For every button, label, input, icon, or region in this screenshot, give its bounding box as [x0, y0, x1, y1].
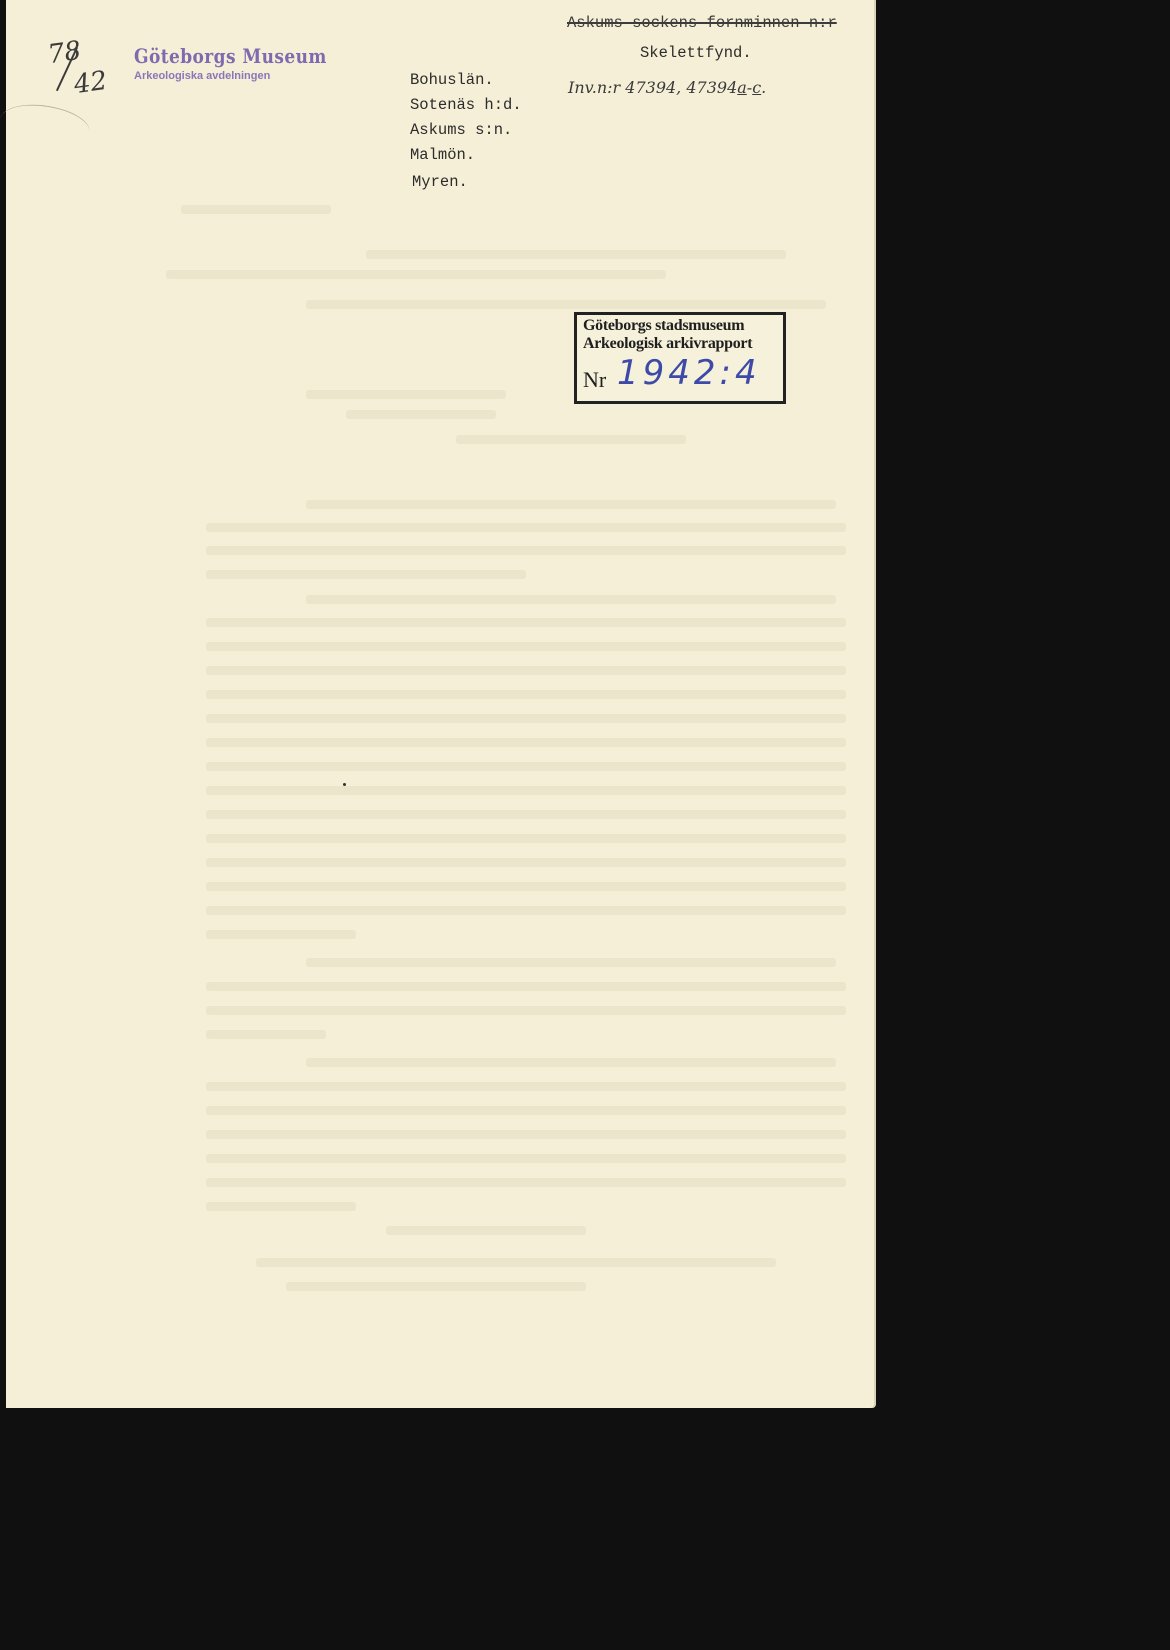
- letterhead-department: Arkeologiska avdelningen: [134, 70, 270, 82]
- bleed-line: [286, 1282, 586, 1291]
- inventory-end: .: [761, 78, 766, 97]
- bleed-line: [206, 762, 846, 771]
- location-list: Bohuslän. Sotenäs h:d. Askums s:n. Malmö…: [410, 68, 522, 195]
- paper-crease: [0, 95, 93, 157]
- bleed-line: [206, 858, 846, 867]
- location-site: Myren.: [412, 170, 522, 195]
- document-page: 78 42 Göteborgs Museum Arkeologiska avde…: [6, 0, 876, 1408]
- bleed-line: [206, 738, 846, 747]
- case-number-bottom: 42: [72, 66, 109, 100]
- bleed-line: [206, 906, 846, 915]
- bleed-line: [206, 786, 846, 795]
- bleed-line: [306, 1058, 836, 1067]
- bleed-line: [346, 410, 496, 419]
- inventory-suffix-a: a: [737, 78, 747, 97]
- bleed-line: [206, 1006, 846, 1015]
- bleed-line: [166, 270, 666, 279]
- bleed-line: [206, 1154, 846, 1163]
- bleed-line: [256, 1258, 776, 1267]
- bleed-line: [206, 1178, 846, 1187]
- bleed-line: [206, 642, 846, 651]
- bleed-line: [206, 834, 846, 843]
- bleed-line: [206, 810, 846, 819]
- stamp-line-1: Göteborgs stadsmuseum: [583, 317, 744, 335]
- inventory-suffix-c: c: [752, 78, 761, 97]
- stamp-nr-value: 1942:4: [617, 353, 761, 393]
- case-number-top: 78: [46, 36, 83, 70]
- location-district: Sotenäs h:d.: [410, 93, 522, 118]
- bleed-line: [386, 1226, 586, 1235]
- bleed-line: [206, 1130, 846, 1139]
- ink-speck: [343, 783, 346, 786]
- struck-heading: Askums sockens fornminnen n:r: [567, 14, 837, 32]
- inventory-prefix: Inv.n:r 47394, 47394: [568, 78, 737, 97]
- inventory-number: Inv.n:r 47394, 47394a-c.: [568, 78, 766, 97]
- stamp-line-2: Arkeologisk arkivrapport: [583, 335, 752, 353]
- bleed-line: [206, 618, 846, 627]
- bleed-line: [206, 1106, 846, 1115]
- bleed-line: [206, 930, 356, 939]
- bleed-line: [306, 300, 826, 309]
- bleed-line: [206, 982, 846, 991]
- bleed-line: [206, 882, 846, 891]
- bleed-line: [306, 958, 836, 967]
- bleed-line: [206, 1082, 846, 1091]
- stamp-nr-label: Nr: [583, 367, 606, 393]
- letterhead-museum-name: Göteborgs Museum: [134, 44, 327, 68]
- document-title: Skelettfynd.: [640, 44, 752, 62]
- location-island: Malmön.: [410, 143, 522, 168]
- archive-stamp: Göteborgs stadsmuseum Arkeologisk arkivr…: [574, 312, 786, 404]
- bleed-line: [366, 250, 786, 259]
- bleed-line: [306, 595, 836, 604]
- bleed-line: [456, 435, 686, 444]
- bleed-line: [181, 205, 331, 214]
- bleed-line: [206, 523, 846, 532]
- bleed-line: [206, 1202, 356, 1211]
- bleed-line: [206, 666, 846, 675]
- bleed-line: [206, 714, 846, 723]
- location-province: Bohuslän.: [410, 68, 522, 93]
- location-parish: Askums s:n.: [410, 118, 522, 143]
- bleed-line: [306, 390, 506, 399]
- bleed-line: [206, 570, 526, 579]
- bleed-line: [206, 1030, 326, 1039]
- bleed-line: [206, 546, 846, 555]
- bleed-line: [206, 690, 846, 699]
- bleed-line: [306, 500, 836, 509]
